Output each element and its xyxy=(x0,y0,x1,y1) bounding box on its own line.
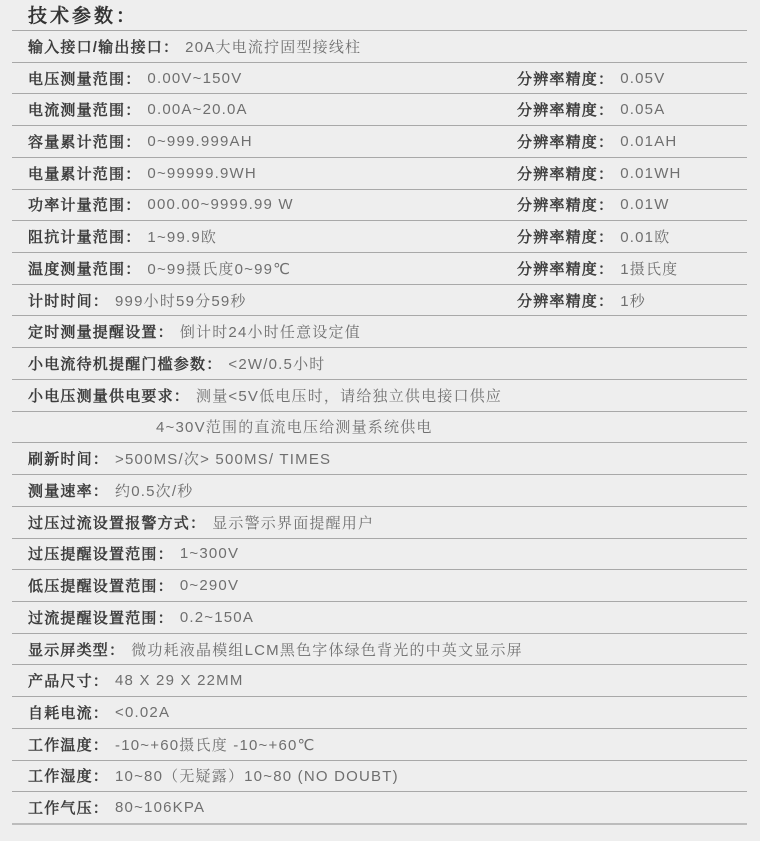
spec-label: 刷新时间： xyxy=(28,448,109,469)
spec-value: <0.02A xyxy=(115,704,170,721)
spec-value: 999小时59分59秒 xyxy=(115,290,247,311)
header: 技术参数： xyxy=(0,0,760,30)
resolution-value: 0.01AH xyxy=(620,133,677,150)
spec-row: 阻抗计量范围： 1~99.9欧 分辨率精度： 0.01欧 xyxy=(12,220,747,252)
spec-label: 过压提醒设置范围： xyxy=(28,543,174,564)
resolution-label: 分辨率精度： xyxy=(517,131,614,152)
spec-row: 显示屏类型： 微功耗液晶模组LCM黑色字体绿色背光的中英文显示屏 xyxy=(12,633,747,665)
resolution-value: 1摄氏度 xyxy=(620,258,678,279)
spec-value: 48 X 29 X 22MM xyxy=(115,672,244,689)
resolution-cell: 分辨率精度： 1摄氏度 xyxy=(517,253,678,284)
resolution-label: 分辨率精度： xyxy=(517,290,614,311)
spec-value: 80~106KPA xyxy=(115,799,205,816)
spec-row: 温度测量范围： 0~99摄氏度0~99℃ 分辨率精度： 1摄氏度 xyxy=(12,252,747,284)
spec-value: 显示警示界面提醒用户 xyxy=(212,512,374,533)
spec-row: 功率计量范围： 000.00~9999.99 W 分辨率精度： 0.01W xyxy=(12,189,747,221)
spec-row: 工作气压： 80~106KPA xyxy=(12,791,747,823)
spec-value: 10~80（无疑露）10~80 (NO DOUBT) xyxy=(115,765,399,786)
spec-label: 温度测量范围： xyxy=(28,258,141,279)
spec-label: 工作湿度： xyxy=(28,765,109,786)
spec-label: 工作气压： xyxy=(28,797,109,818)
spec-row: 电流测量范围： 0.00A~20.0A 分辨率精度： 0.05A xyxy=(12,93,747,125)
resolution-label: 分辨率精度： xyxy=(517,99,614,120)
spec-table: 输入接口/输出接口： 20A大电流拧固型接线柱 电压测量范围： 0.00V~15… xyxy=(12,30,747,825)
spec-value: >500MS/次> 500MS/ TIMES xyxy=(115,448,331,469)
spec-row: 产品尺寸： 48 X 29 X 22MM xyxy=(12,664,747,696)
spec-row: 测量速率： 约0.5次/秒 xyxy=(12,474,747,506)
resolution-label: 分辨率精度： xyxy=(517,163,614,184)
spec-label: 显示屏类型： xyxy=(28,639,125,660)
spec-row: 低压提醒设置范围： 0~290V xyxy=(12,569,747,601)
spec-value: 0~290V xyxy=(180,577,239,594)
resolution-label: 分辨率精度： xyxy=(517,226,614,247)
spec-row: 电压测量范围： 0.00V~150V 分辨率精度： 0.05V xyxy=(12,62,747,94)
spec-row: 过流提醒设置范围： 0.2~150A xyxy=(12,601,747,633)
resolution-value: 0.05V xyxy=(620,70,665,87)
spec-row: 电量累计范围： 0~99999.9WH 分辨率精度： 0.01WH xyxy=(12,157,747,189)
spec-label: 产品尺寸： xyxy=(28,670,109,691)
resolution-label: 分辨率精度： xyxy=(517,258,614,279)
resolution-cell: 分辨率精度： 0.05V xyxy=(517,63,665,94)
spec-value: 20A大电流拧固型接线柱 xyxy=(185,36,361,57)
resolution-label: 分辨率精度： xyxy=(517,194,614,215)
spec-row: 容量累计范围： 0~999.999AH 分辨率精度： 0.01AH xyxy=(12,125,747,157)
spec-label: 过压过流设置报警方式： xyxy=(28,512,206,533)
resolution-value: 0.01WH xyxy=(620,165,681,182)
spec-value: 4~30V范围的直流电压给测量系统供电 xyxy=(156,416,433,437)
spec-row: 输入接口/输出接口： 20A大电流拧固型接线柱 xyxy=(12,30,747,62)
spec-value: -10~+60摄氏度 -10~+60℃ xyxy=(115,734,316,755)
spec-label: 过流提醒设置范围： xyxy=(28,607,174,628)
resolution-value: 0.01欧 xyxy=(620,226,670,247)
spec-row: 定时测量提醒设置： 倒计时24小时任意设定值 xyxy=(12,315,747,347)
resolution-cell: 分辨率精度： 1秒 xyxy=(517,285,646,316)
spec-label: 低压提醒设置范围： xyxy=(28,575,174,596)
spec-label: 测量速率： xyxy=(28,480,109,501)
spec-row: 过压过流设置报警方式： 显示警示界面提醒用户 xyxy=(12,506,747,538)
spec-label: 电量累计范围： xyxy=(28,163,141,184)
spec-label: 输入接口/输出接口： xyxy=(28,36,179,57)
spec-label: 小电压测量供电要求： xyxy=(28,385,190,406)
spec-label: 定时测量提醒设置： xyxy=(28,321,174,342)
spec-value: 约0.5次/秒 xyxy=(115,480,193,501)
spec-label: 阻抗计量范围： xyxy=(28,226,141,247)
page-title: 技术参数： xyxy=(28,6,138,27)
spec-label: 电压测量范围： xyxy=(28,68,141,89)
spec-row: 小电流待机提醒门槛参数： <2W/0.5小时 xyxy=(12,347,747,379)
spec-value: 1~300V xyxy=(180,545,239,562)
spec-row: 计时时间： 999小时59分59秒 分辨率精度： 1秒 xyxy=(12,284,747,316)
spec-label: 功率计量范围： xyxy=(28,194,141,215)
spec-label: 电流测量范围： xyxy=(28,99,141,120)
spec-value: 0~99摄氏度0~99℃ xyxy=(147,258,291,279)
resolution-value: 0.01W xyxy=(620,196,669,213)
spec-row: 工作湿度： 10~80（无疑露）10~80 (NO DOUBT) xyxy=(12,760,747,792)
resolution-cell: 分辨率精度： 0.01欧 xyxy=(517,221,670,252)
spec-value: 微功耗液晶模组LCM黑色字体绿色背光的中英文显示屏 xyxy=(131,639,523,660)
resolution-value: 1秒 xyxy=(620,290,646,311)
spec-value: 测量<5V低电压时，请给独立供电接口供应 xyxy=(196,385,502,406)
spec-value: 0.2~150A xyxy=(180,609,254,626)
spec-label: 容量累计范围： xyxy=(28,131,141,152)
spec-row: 自耗电流： <0.02A xyxy=(12,696,747,728)
resolution-cell: 分辨率精度： 0.01WH xyxy=(517,158,682,189)
resolution-cell: 分辨率精度： 0.01AH xyxy=(517,126,677,157)
spec-value: 000.00~9999.99 W xyxy=(147,196,293,213)
spec-value: 0~99999.9WH xyxy=(147,165,257,182)
spec-row: 小电压测量供电要求： 测量<5V低电压时，请给独立供电接口供应 xyxy=(12,379,747,411)
spec-label: 计时时间： xyxy=(28,290,109,311)
resolution-cell: 分辨率精度： 0.01W xyxy=(517,190,670,221)
spec-sheet: 技术参数： 输入接口/输出接口： 20A大电流拧固型接线柱 电压测量范围： 0.… xyxy=(0,0,760,841)
resolution-label: 分辨率精度： xyxy=(517,68,614,89)
resolution-cell: 分辨率精度： 0.05A xyxy=(517,94,665,125)
spec-value: 倒计时24小时任意设定值 xyxy=(180,321,361,342)
spec-row: 过压提醒设置范围： 1~300V xyxy=(12,538,747,570)
spec-label: 小电流待机提醒门槛参数： xyxy=(28,353,222,374)
resolution-value: 0.05A xyxy=(620,101,665,118)
spec-row: 工作温度： -10~+60摄氏度 -10~+60℃ xyxy=(12,728,747,760)
spec-value: <2W/0.5小时 xyxy=(228,353,325,374)
spec-value: 0~999.999AH xyxy=(147,133,252,150)
spec-value: 1~99.9欧 xyxy=(147,226,217,247)
spec-row: 刷新时间： >500MS/次> 500MS/ TIMES xyxy=(12,442,747,474)
spec-value: 0.00A~20.0A xyxy=(147,101,247,118)
spec-value: 0.00V~150V xyxy=(147,70,242,87)
spec-label: 工作温度： xyxy=(28,734,109,755)
spec-label: 自耗电流： xyxy=(28,702,109,723)
spec-row: 4~30V范围的直流电压给测量系统供电 xyxy=(12,411,747,443)
